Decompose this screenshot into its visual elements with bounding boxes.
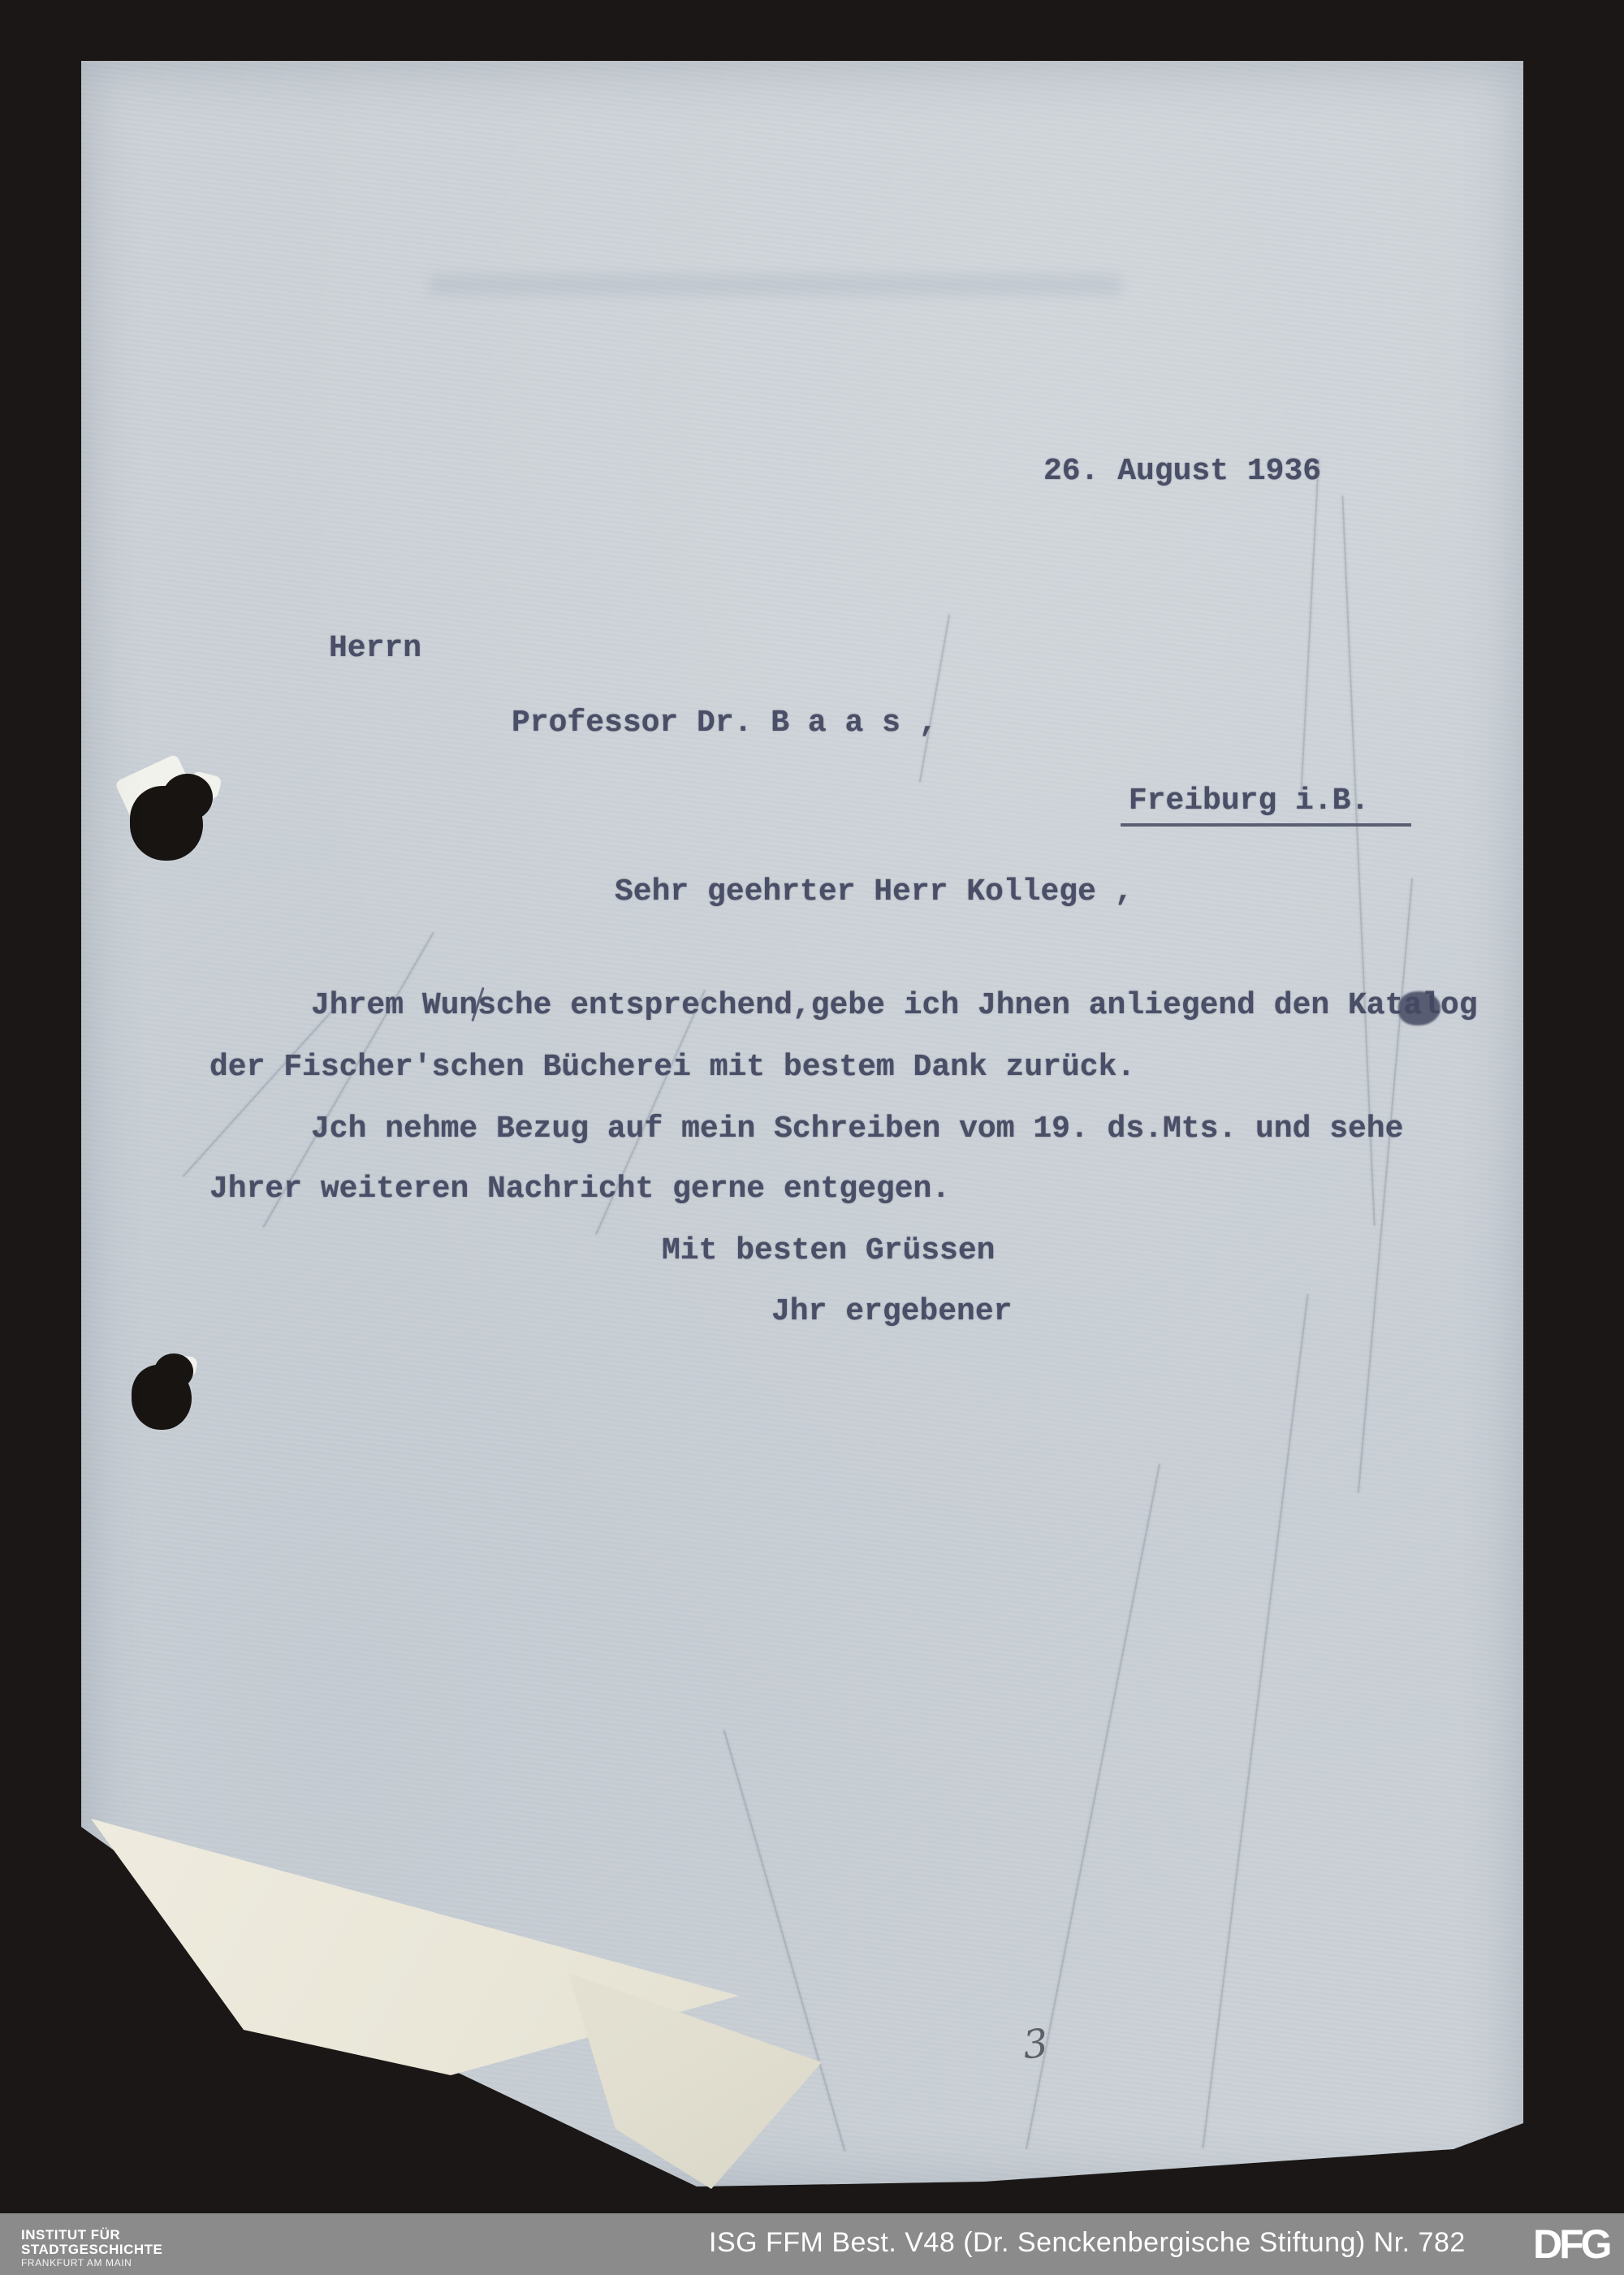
- date-line: 26. August 1936: [1043, 456, 1321, 487]
- letter-page: 26. August 1936 Herrn Professor Dr. B a …: [81, 61, 1523, 2188]
- body-line: Jhrem Wunsche entsprechend,gebe ich Jhne…: [311, 991, 1478, 1021]
- punch-hole: [132, 1365, 192, 1430]
- paper-crease: [183, 1007, 336, 1176]
- paper-crease: [919, 614, 950, 782]
- letterhead-smudge: [428, 274, 1122, 296]
- letter-salutation: Sehr geehrter Herr Kollege ,: [615, 877, 1134, 908]
- paper-crease: [1300, 459, 1319, 800]
- archive-reference-label: ISG FFM Best. V48 (Dr. Senckenbergische …: [709, 2227, 1466, 2259]
- signature-line: Jhr ergebener: [771, 1297, 1012, 1327]
- recipient-name: Professor Dr. B a a s ,: [512, 708, 938, 739]
- closing-line: Mit besten Grüssen: [662, 1236, 995, 1267]
- recipient-city-underlined: Freiburg i.B.: [1121, 784, 1411, 827]
- institute-line: INSTITUT FÜR: [21, 2228, 162, 2243]
- viewer-footer-bar: INSTITUT FÜR STADTGESCHICHTE FRANKFURT A…: [0, 2213, 1624, 2275]
- institute-line: STADTGESCHICHTE: [21, 2243, 162, 2257]
- recipient-salutation-word: Herrn: [329, 633, 421, 664]
- body-line: Jch nehme Bezug auf mein Schreiben vom 1…: [311, 1114, 1403, 1145]
- dfg-logo: DFG: [1533, 2220, 1609, 2269]
- paper-crease: [1202, 1294, 1308, 2148]
- paper-crease: [1358, 878, 1413, 1492]
- recipient-city: Freiburg i.B.: [1017, 755, 1411, 848]
- institute-line: FRANKFURT AM MAIN: [21, 2257, 162, 2269]
- body-line: Jhrer weiteren Nachricht gerne entgegen.: [209, 1174, 950, 1205]
- paper-crease: [723, 1729, 846, 2152]
- punch-hole: [130, 786, 203, 861]
- institute-logo-text: INSTITUT FÜR STADTGESCHICHTE FRANKFURT A…: [21, 2228, 162, 2269]
- archive-scan-viewer: 26. August 1936 Herrn Professor Dr. B a …: [0, 0, 1624, 2275]
- handwritten-page-number: 3: [1021, 2021, 1050, 2069]
